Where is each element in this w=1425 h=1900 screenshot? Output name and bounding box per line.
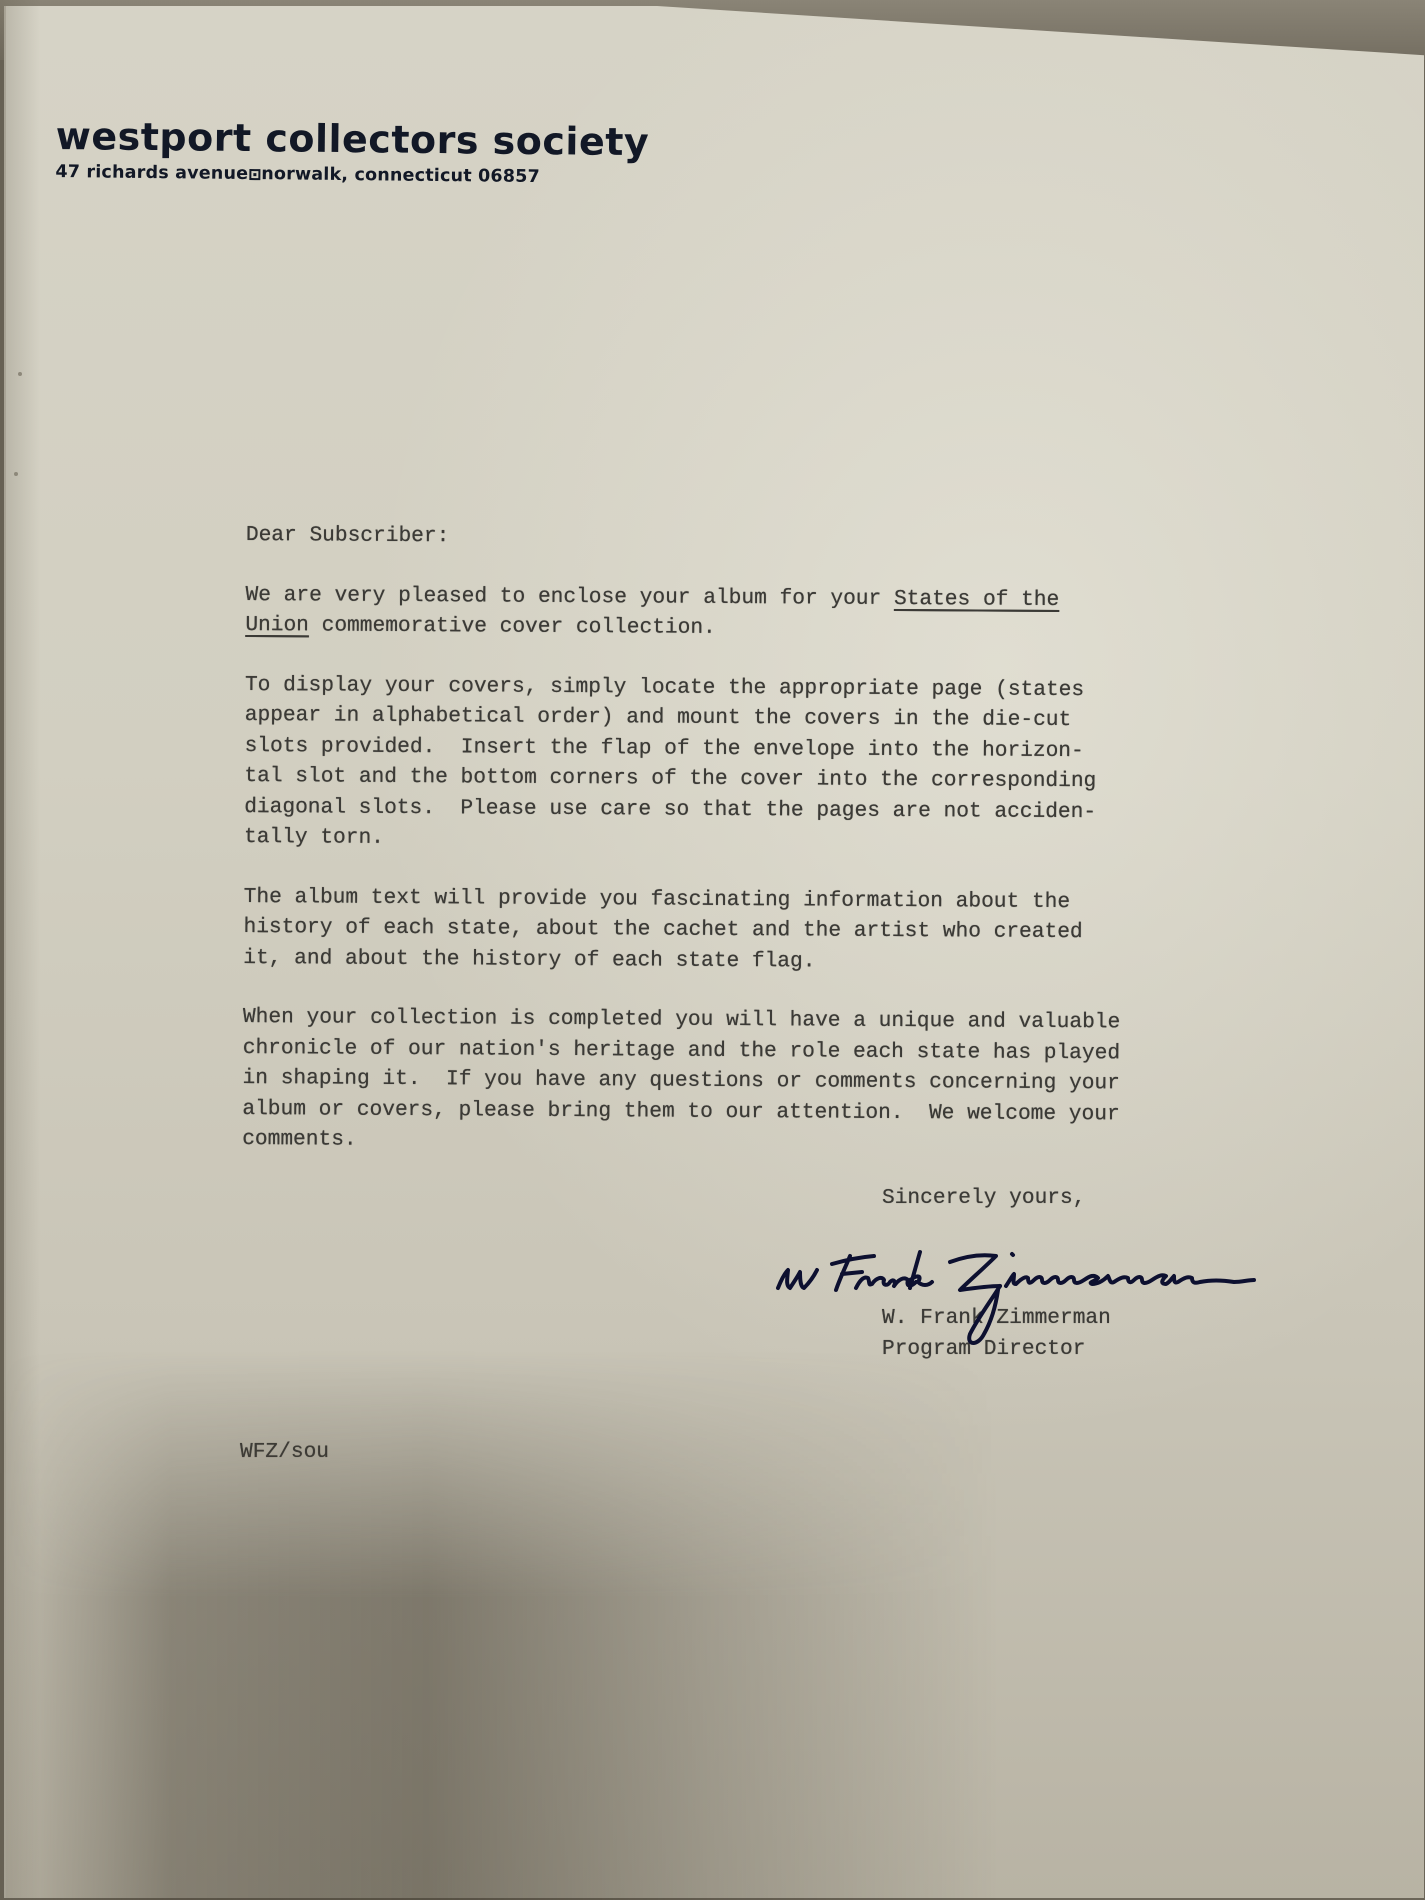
- handwritten-signature: W Frank Zimmerman: [770, 1230, 1280, 1360]
- square-bullet-icon: [249, 169, 260, 180]
- reference-initials: WFZ/sou: [240, 1437, 329, 1467]
- underlined-title: States of the: [894, 586, 1059, 611]
- paragraph-3: The album text will provide you fascinat…: [243, 881, 1304, 979]
- paragraph-line: it, and about the history of each state …: [243, 942, 1303, 979]
- line-text: commemorative cover collection.: [309, 613, 716, 639]
- line-text: We are very pleased to enclose your albu…: [245, 582, 894, 610]
- closing: Sincerely yours,: [882, 1183, 1085, 1214]
- salutation: Dear Subscriber:: [246, 520, 1306, 557]
- paragraph-line: diagonal slots. Please use care so that …: [244, 791, 1304, 828]
- paragraph-1: We are very pleased to enclose your albu…: [245, 579, 1305, 646]
- address-street: 47 richards avenue: [55, 162, 248, 184]
- paragraph-line: comments.: [242, 1124, 1302, 1161]
- organization-name: westport collectors society: [56, 114, 650, 164]
- paragraph-2: To display your covers, simply locate th…: [244, 669, 1305, 858]
- paragraph-line: album or covers, please bring them to ou…: [242, 1093, 1302, 1130]
- underlined-title: Union: [245, 613, 309, 637]
- letter-body: Dear Subscriber: We are very pleased to …: [242, 520, 1306, 1161]
- paragraph-4: When your collection is completed you wi…: [242, 1002, 1303, 1161]
- address-city: norwalk, connecticut 06857: [261, 164, 540, 187]
- paragraph-line: Union commemorative cover collection.: [245, 610, 1305, 647]
- letterhead: westport collectors society 47 richards …: [55, 114, 649, 190]
